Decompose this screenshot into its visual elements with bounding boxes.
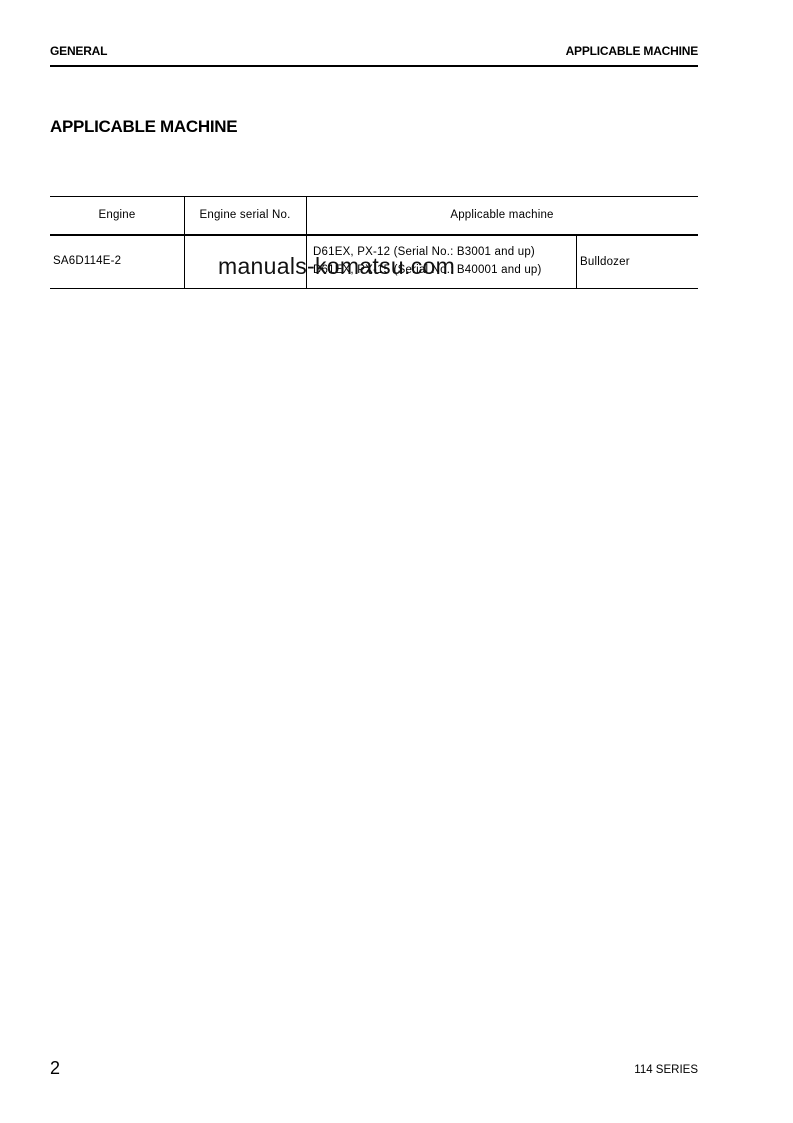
page-title: APPLICABLE MACHINE — [50, 117, 237, 137]
running-header-topic: APPLICABLE MACHINE — [566, 44, 698, 58]
cell-engine: SA6D114E-2 — [53, 253, 121, 269]
cell-machine-type: Bulldozer — [580, 254, 630, 270]
table-bottom-border — [50, 288, 698, 289]
column-divider — [576, 235, 577, 289]
page-number: 2 — [50, 1058, 60, 1079]
table-header-divider — [50, 234, 698, 236]
table-top-border — [50, 196, 698, 197]
column-header-engine-serial: Engine serial No. — [184, 207, 306, 223]
header-rule — [50, 65, 698, 67]
watermark-text: manuals-komatsu.com — [218, 253, 455, 280]
column-header-applicable-machine: Applicable machine — [306, 207, 698, 223]
column-header-engine: Engine — [50, 207, 184, 223]
footer-series: 114 SERIES — [634, 1064, 698, 1076]
running-header-section: GENERAL — [50, 44, 107, 58]
